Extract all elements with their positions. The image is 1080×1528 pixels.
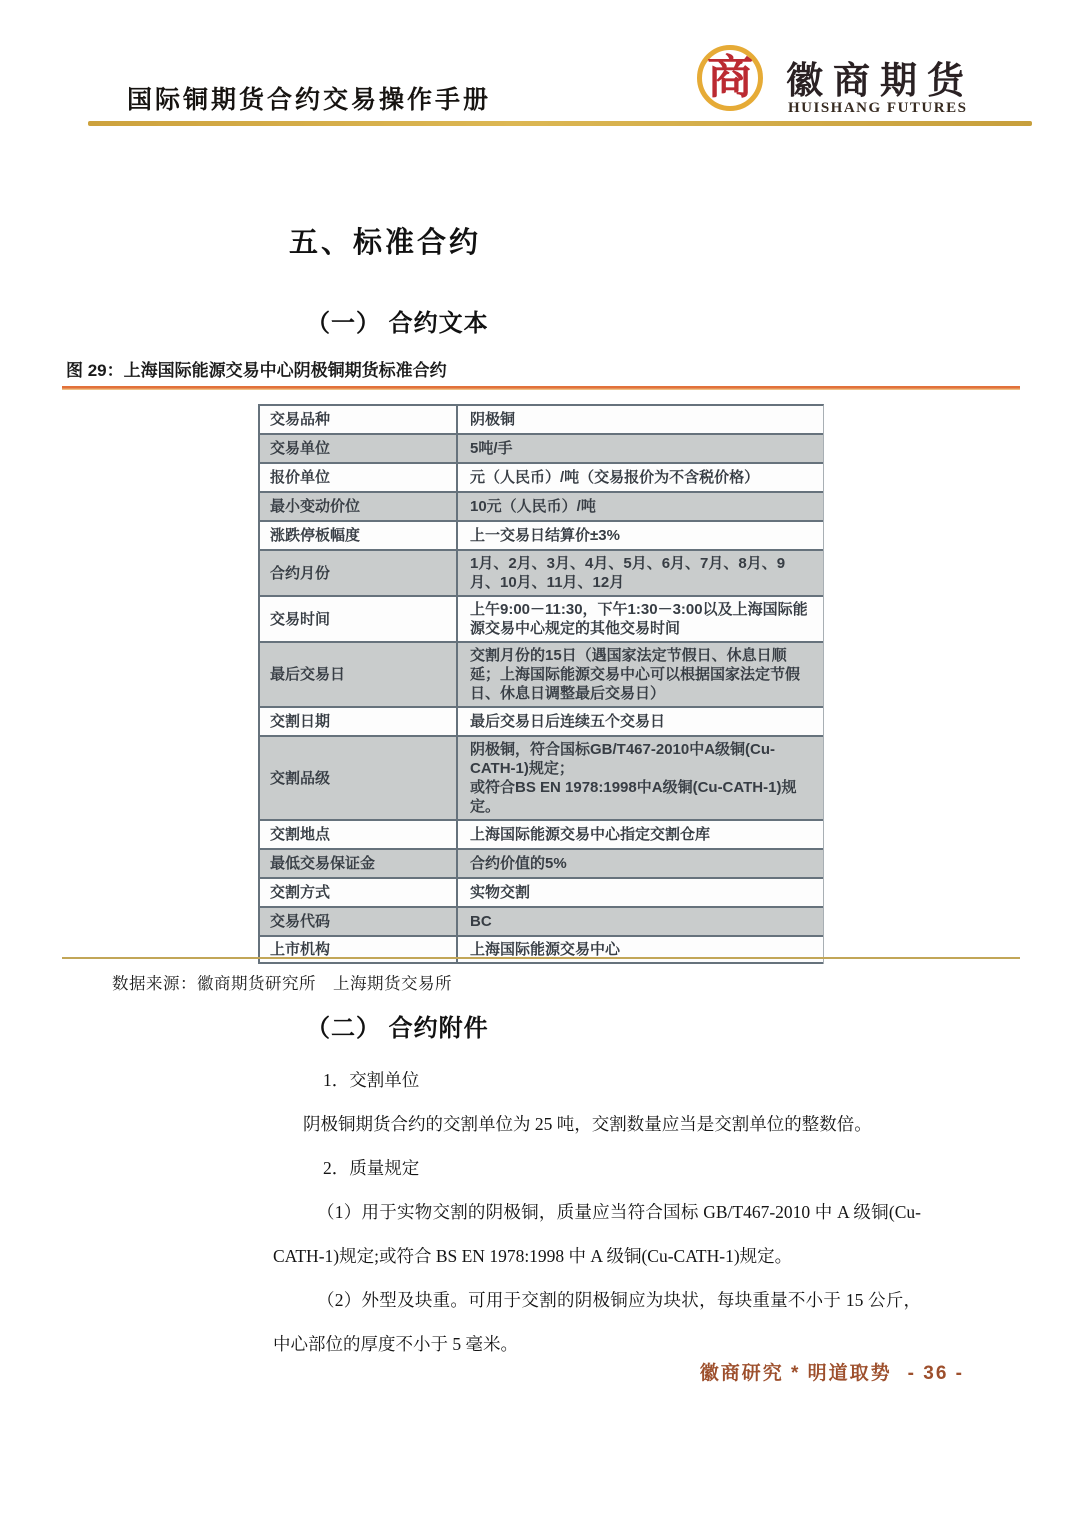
table-bottom-rule [62, 957, 1020, 959]
table-row-value: 上一交易日结算价±3% [458, 522, 823, 549]
table-row-value: BC [458, 908, 823, 935]
figure-caption: 图 29：上海国际能源交易中心阴极铜期货标准合约 [66, 356, 447, 381]
brand-name-chinese: 徽商期货 [786, 50, 974, 104]
table-row: 交易单位 5吨/手 [260, 435, 823, 464]
table-row-value: 阴极铜 [458, 406, 823, 433]
table-row: 最后交易日 交割月份的15日（遇国家法定节假日、休息日顺延；上海国际能源交易中心… [260, 643, 823, 708]
table-row-value: 阴极铜，符合国标GB/T467-2010中A级铜(Cu-CATH-1)规定； 或… [458, 737, 823, 819]
table-row: 交割方式 实物交割 [260, 879, 823, 908]
table-row-label: 报价单位 [260, 464, 458, 491]
table-row: 上市机构 上海国际能源交易中心 [260, 937, 823, 964]
table-row: 交割品级 阴极铜，符合国标GB/T467-2010中A级铜(Cu-CATH-1)… [260, 737, 823, 821]
table-row-label: 交割地点 [260, 821, 458, 848]
table-row-label: 交易单位 [260, 435, 458, 462]
table-row: 交易代码 BC [260, 908, 823, 937]
list-item-1-paragraph: 阴极铜期货合约的交割单位为 25 吨，交割数量应当是交割单位的整数倍。 [273, 1102, 921, 1146]
seal-character-icon: 商 [707, 55, 753, 101]
header-gold-rule [88, 121, 1032, 126]
table-row-label: 最小变动价位 [260, 493, 458, 520]
table-row: 交割地点 上海国际能源交易中心指定交割仓库 [260, 821, 823, 850]
table-row: 交割日期 最后交易日后连续五个交易日 [260, 708, 823, 737]
table-row-value: 最后交易日后连续五个交易日 [458, 708, 823, 735]
table-row-value: 10元（人民币）/吨 [458, 493, 823, 520]
table-row-label: 最低交易保证金 [260, 850, 458, 877]
list-item-1-title: 1．交割单位 [273, 1058, 921, 1102]
table-row-label: 交割品级 [260, 737, 458, 819]
table-row-value: 1月、2月、3月、4月、5月、6月、7月、8月、9月、10月、11月、12月 [458, 551, 823, 595]
table-row-label: 交易代码 [260, 908, 458, 935]
data-source-note: 数据来源：徽商期货研究所 上海期货交易所 [112, 970, 452, 994]
body-text-block: 1．交割单位 阴极铜期货合约的交割单位为 25 吨，交割数量应当是交割单位的整数… [273, 1058, 921, 1366]
footer-page-number: - 36 - [908, 1363, 964, 1385]
table-row: 最低交易保证金 合约价值的5% [260, 850, 823, 879]
table-row-value: 元（人民币）/吨（交易报价为不含税价格） [458, 464, 823, 491]
table-row: 交易品种 阴极铜 [260, 406, 823, 435]
table-row-label: 交易时间 [260, 597, 458, 641]
subsection-heading-1: （一） 合约文本 [306, 303, 489, 338]
table-row: 合约月份 1月、2月、3月、4月、5月、6月、7月、8月、9月、10月、11月、… [260, 551, 823, 597]
table-row-label: 涨跌停板幅度 [260, 522, 458, 549]
table-row-value: 上海国际能源交易中心指定交割仓库 [458, 821, 823, 848]
table-row-value: 5吨/手 [458, 435, 823, 462]
list-item-2-sub-1: （1）用于实物交割的阴极铜，质量应当符合国标 GB/T467-2010 中 A … [273, 1190, 921, 1278]
list-item-2-title: 2．质量规定 [273, 1146, 921, 1190]
table-row-value: 合约价值的5% [458, 850, 823, 877]
table-row-value: 上午9:00－11:30，下午1:30－3:00以及上海国际能源交易中心规定的其… [458, 597, 823, 641]
footer-motto: 徽商研究 * 明道取势 [700, 1358, 892, 1385]
contract-table: 交易品种 阴极铜 交易单位 5吨/手 报价单位 元（人民币）/吨（交易报价为不含… [258, 404, 824, 964]
table-row: 报价单位 元（人民币）/吨（交易报价为不含税价格） [260, 464, 823, 493]
brand-name-english: HUISHANG FUTURES [788, 100, 967, 117]
section-heading: 五、标准合约 [289, 220, 481, 261]
table-row-label: 最后交易日 [260, 643, 458, 706]
subsection-heading-2: （二） 合约附件 [306, 1008, 489, 1043]
page-footer: 徽商研究 * 明道取势 - 36 - [700, 1358, 964, 1385]
caption-rule [62, 386, 1020, 390]
table-row-label: 合约月份 [260, 551, 458, 595]
table-row: 最小变动价位 10元（人民币）/吨 [260, 493, 823, 522]
doc-title: 国际铜期货合约交易操作手册 [127, 80, 491, 116]
company-logo-seal: 商 [697, 45, 763, 111]
table-row-label: 交易品种 [260, 406, 458, 433]
list-item-2-sub-2: （2）外型及块重。可用于交割的阴极铜应为块状，每块重量不小于 15 公斤，中心部… [273, 1278, 921, 1366]
table-row: 涨跌停板幅度 上一交易日结算价±3% [260, 522, 823, 551]
document-page: 国际铜期货合约交易操作手册 商 徽商期货 HUISHANG FUTURES 五、… [0, 0, 1080, 1528]
table-row: 交易时间 上午9:00－11:30，下午1:30－3:00以及上海国际能源交易中… [260, 597, 823, 643]
table-row-value: 交割月份的15日（遇国家法定节假日、休息日顺延；上海国际能源交易中心可以根据国家… [458, 643, 823, 706]
table-row-label: 交割日期 [260, 708, 458, 735]
table-row-value: 实物交割 [458, 879, 823, 906]
table-row-label: 交割方式 [260, 879, 458, 906]
